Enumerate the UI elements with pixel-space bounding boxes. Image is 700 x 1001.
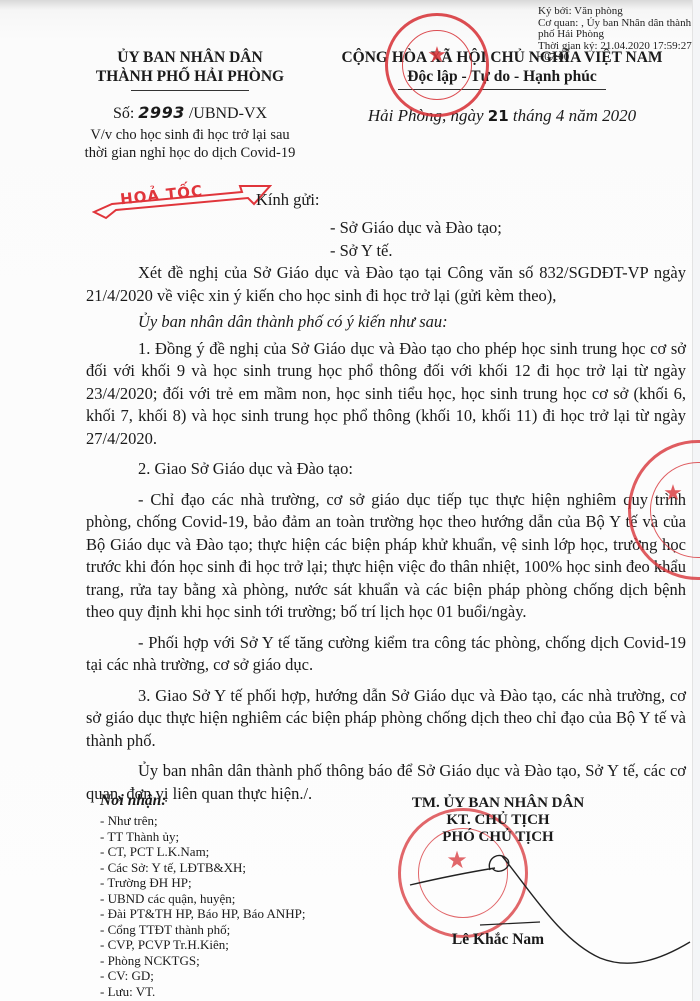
addressee-label: Kính gửi:	[256, 190, 320, 210]
doc-number-suffix: /UBND-VX	[185, 105, 267, 122]
document-page: Ký bởi: Văn phòng Cơ quan: , Ủy ban Nhân…	[0, 0, 693, 1001]
opinion-paragraph: Ủy ban nhân dân thành phố có ý kiến như …	[86, 311, 686, 334]
subject-line-1: V/v cho học sinh đi học trở lại sau	[80, 126, 300, 144]
national-header: CỘNG HÒA XÃ HỘI CHỦ NGHĨA VIỆT NAM Độc l…	[318, 48, 686, 126]
recipient-item: - Đài PT&TH HP, Báo HP, Báo ANHP;	[100, 906, 306, 922]
nation-title: CỘNG HÒA XÃ HỘI CHỦ NGHĨA VIỆT NAM	[318, 48, 686, 67]
signature-title-2: KT. CHỦ TỊCH	[398, 812, 598, 829]
recipient-item: - UBND các quận, huyện;	[100, 891, 306, 907]
recipient-item: - CV: GD;	[100, 968, 306, 984]
addressee-list: - Sở Giáo dục và Đào tạo; - Sở Y tế.	[330, 216, 502, 262]
point-1: 1. Đồng ý đề nghị của Sở Giáo dục và Đào…	[86, 338, 686, 451]
point-2: 2. Giao Sở Giáo dục và Đào tạo:	[86, 458, 686, 481]
subject-line-2: thời gian nghỉ học do dịch Covid-19	[80, 144, 300, 162]
point-2b: - Phối hợp với Sở Y tế tăng cường kiểm t…	[86, 632, 686, 677]
signature-title-1: TM. ỦY BAN NHÂN DÂN	[398, 795, 598, 812]
recipient-item: - Các Sở: Y tế, LĐTB&XH;	[100, 860, 306, 876]
urgent-stamp: HOẢ TỐC	[92, 178, 272, 220]
official-seal-icon: ★	[385, 13, 489, 117]
handwritten-signature-icon	[400, 850, 700, 970]
doc-number-prefix: Số:	[113, 105, 138, 122]
issuer-header: ỦY BAN NHÂN DÂN THÀNH PHỐ HẢI PHÒNG Số: …	[80, 48, 300, 162]
doc-number-value: 2993	[138, 103, 185, 122]
date-line: Hải Phòng, ngày 21 tháng 4 năm 2020	[318, 106, 686, 126]
header-left-rule	[131, 90, 249, 91]
issuer-line-2: THÀNH PHỐ HẢI PHÒNG	[80, 67, 300, 86]
point-2a: - Chỉ đạo các nhà trường, cơ sở giáo dục…	[86, 489, 686, 624]
recipient-item: - CT, PCT L.K.Nam;	[100, 844, 306, 860]
point-3: 3. Giao Sở Y tế phối hợp, hướng dẫn Sở G…	[86, 685, 686, 753]
recipients-title: Nơi nhận:	[100, 792, 306, 810]
issuer-line-1: ỦY BAN NHÂN DÂN	[80, 48, 300, 67]
document-number: Số: 2993 /UBND-VX	[80, 103, 300, 124]
signing-agency: Cơ quan: , Ủy ban Nhân dân thành phố Hải…	[538, 18, 698, 41]
recipient-item: - TT Thành ủy;	[100, 829, 306, 845]
document-body: Xét đề nghị của Sở Giáo dục và Đào tạo t…	[86, 262, 686, 813]
intro-paragraph: Xét đề nghị của Sở Giáo dục và Đào tạo t…	[86, 262, 686, 307]
national-motto: Độc lập - Tự do - Hạnh phúc	[318, 67, 686, 86]
date-day: 21	[488, 107, 509, 125]
recipient-item: - Trường ĐH HP;	[100, 875, 306, 891]
recipient-item: - Lưu: VT.	[100, 984, 306, 1000]
recipient-item: - Phòng NCKTGS;	[100, 953, 306, 969]
date-suffix: tháng 4 năm 2020	[509, 106, 637, 125]
recipient-item: - CVP, PCVP Tr.H.Kiên;	[100, 937, 306, 953]
recipient-item: - Cổng TTĐT thành phố;	[100, 922, 306, 938]
addressee-item: - Sở Y tế.	[330, 239, 502, 262]
recipient-item: - Như trên;	[100, 813, 306, 829]
addressee-item: - Sở Giáo dục và Đào tạo;	[330, 216, 502, 239]
signed-by: Ký bởi: Văn phòng	[538, 6, 698, 18]
signature-title-3: PHÓ CHỦ TỊCH	[398, 829, 598, 846]
recipients-block: Nơi nhận: - Như trên; - TT Thành ủy; - C…	[100, 792, 306, 999]
